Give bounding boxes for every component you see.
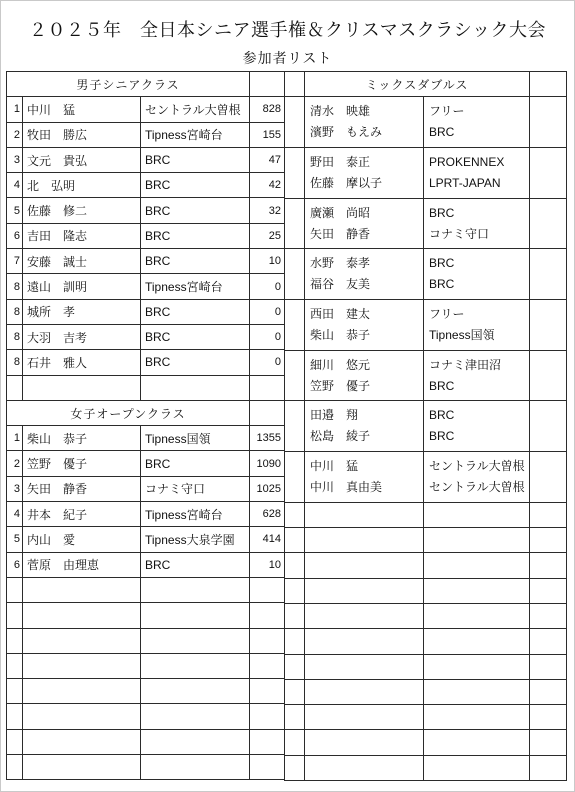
pair-club-line: BRC <box>424 253 529 274</box>
pair-names-cell <box>305 502 424 527</box>
rank-cell: 7 <box>7 249 23 274</box>
pair-name-line: 濱野 もえみ <box>305 122 423 143</box>
pair-clubs-cell <box>424 654 530 679</box>
rank-cell <box>7 577 23 602</box>
pair-gap-cell <box>285 401 305 452</box>
pair-clubs-cell: セントラル大曽根セントラル大曽根 <box>424 452 530 503</box>
club-cell <box>141 755 250 780</box>
pair-clubs-cell <box>424 755 530 780</box>
name-cell: 中川 猛 <box>23 97 141 122</box>
club-cell: BRC <box>141 324 250 349</box>
name-cell: 城所 孝 <box>23 299 141 324</box>
rank-cell: 4 <box>7 173 23 198</box>
pair-name-line: 松島 綾子 <box>305 426 423 447</box>
pair-gap-cell <box>285 249 305 300</box>
left-results-table: 男子シニアクラス 1中川 猛セントラル大曽根8282牧田 勝広Tipness宮崎… <box>6 71 285 780</box>
name-cell <box>23 577 141 602</box>
mixed-pair-row: 水野 泰孝福谷 友美BRCBRC <box>285 249 567 300</box>
spacer-row <box>7 375 285 400</box>
pair-names-cell <box>305 528 424 553</box>
points-cell: 25 <box>250 223 285 248</box>
rank-cell: 8 <box>7 350 23 375</box>
pair-names-cell <box>305 730 424 755</box>
club-cell: BRC <box>141 249 250 274</box>
empty-row <box>7 628 285 653</box>
pair-gap-cell <box>285 730 305 755</box>
pair-name-line: 矢田 静香 <box>305 224 423 245</box>
points-cell: 10 <box>250 249 285 274</box>
rank-cell: 6 <box>7 223 23 248</box>
empty-row <box>285 603 567 628</box>
points-cell: 32 <box>250 198 285 223</box>
pair-points-cell <box>530 578 567 603</box>
rank-cell <box>7 755 23 780</box>
pair-points-cell <box>530 452 567 503</box>
men-row: 8石井 雅人BRC0 <box>7 350 285 375</box>
pair-name-line: 田邉 翔 <box>305 405 423 426</box>
empty-row <box>285 578 567 603</box>
empty-row <box>285 730 567 755</box>
pair-clubs-cell <box>424 705 530 730</box>
points-cell: 0 <box>250 350 285 375</box>
name-cell <box>23 375 141 400</box>
club-cell: Tipness国領 <box>141 426 250 451</box>
name-cell: 石井 雅人 <box>23 350 141 375</box>
pair-gap-cell <box>285 300 305 351</box>
mixed-class-header: ミックスダブルス <box>305 72 530 97</box>
pair-name-line: 佐藤 摩以子 <box>305 173 423 194</box>
club-cell: BRC <box>141 198 250 223</box>
name-cell: 安藤 誠士 <box>23 249 141 274</box>
rank-cell <box>7 729 23 754</box>
pair-name-line: 中川 猛 <box>305 456 423 477</box>
club-cell: BRC <box>141 350 250 375</box>
pair-names-cell <box>305 553 424 578</box>
club-cell: BRC <box>141 173 250 198</box>
pair-gap-cell <box>285 578 305 603</box>
pair-names-cell <box>305 603 424 628</box>
pair-names-cell: 水野 泰孝福谷 友美 <box>305 249 424 300</box>
pair-gap-cell <box>285 603 305 628</box>
pair-gap-cell <box>285 528 305 553</box>
pair-club-line: セントラル大曽根 <box>424 477 529 498</box>
empty-row <box>7 755 285 780</box>
rank-cell: 8 <box>7 324 23 349</box>
pair-gap-cell <box>285 147 305 198</box>
mixed-header-row: ミックスダブルス <box>285 72 567 97</box>
pair-clubs-cell <box>424 730 530 755</box>
pair-names-cell: 田邉 翔松島 綾子 <box>305 401 424 452</box>
name-cell: 井本 紀子 <box>23 502 141 527</box>
pair-name-line: 野田 泰正 <box>305 152 423 173</box>
rank-cell: 1 <box>7 97 23 122</box>
pair-club-line: フリー <box>424 304 529 325</box>
name-cell: 文元 貴弘 <box>23 147 141 172</box>
women-row: 1柴山 恭子Tipness国領1355 <box>7 426 285 451</box>
pair-points-cell <box>530 502 567 527</box>
empty-row <box>285 553 567 578</box>
mixed-pair-row: 野田 泰正佐藤 摩以子PROKENNEXLPRT-JAPAN <box>285 147 567 198</box>
pair-names-cell: 中川 猛中川 真由美 <box>305 452 424 503</box>
club-cell: Tipness宮崎台 <box>141 502 250 527</box>
pair-clubs-cell <box>424 553 530 578</box>
pair-points-cell <box>530 603 567 628</box>
pair-club-line: BRC <box>424 122 529 143</box>
mixed-header-points-cell <box>530 72 567 97</box>
rank-cell: 4 <box>7 502 23 527</box>
pair-names-cell <box>305 629 424 654</box>
name-cell: 内山 愛 <box>23 527 141 552</box>
document-page: ２０２５年 全日本シニア選手権＆クリスマスクラシック大会 参加者リスト 男子シニ… <box>0 0 575 792</box>
men-row: 8城所 孝BRC0 <box>7 299 285 324</box>
club-cell: Tipness大泉学園 <box>141 527 250 552</box>
pair-name-line: 福谷 友美 <box>305 274 423 295</box>
pair-club-line: コナミ津田沼 <box>424 355 529 376</box>
points-cell <box>250 729 285 754</box>
rank-cell: 3 <box>7 147 23 172</box>
women-row: 3矢田 静香コナミ守口1025 <box>7 476 285 501</box>
club-cell: BRC <box>141 299 250 324</box>
men-row: 8遠山 訓明Tipness宮崎台0 <box>7 274 285 299</box>
club-cell <box>141 628 250 653</box>
pair-gap-cell <box>285 502 305 527</box>
name-cell <box>23 679 141 704</box>
pair-names-cell <box>305 755 424 780</box>
rank-cell <box>7 653 23 678</box>
club-cell: BRC <box>141 223 250 248</box>
pair-gap-cell <box>285 452 305 503</box>
page-subtitle: 参加者リスト <box>1 48 574 68</box>
pair-name-line: 廣瀬 尚昭 <box>305 203 423 224</box>
pair-club-line: LPRT-JAPAN <box>424 173 529 194</box>
left-table-body: 男子シニアクラス 1中川 猛セントラル大曽根8282牧田 勝広Tipness宮崎… <box>7 72 285 780</box>
points-cell: 10 <box>250 552 285 577</box>
points-cell: 0 <box>250 299 285 324</box>
pair-club-line: BRC <box>424 426 529 447</box>
men-row: 3文元 貴弘BRC47 <box>7 147 285 172</box>
points-cell: 1025 <box>250 476 285 501</box>
page-title: ２０２５年 全日本シニア選手権＆クリスマスクラシック大会 <box>1 16 574 42</box>
pair-names-cell: 野田 泰正佐藤 摩以子 <box>305 147 424 198</box>
pair-gap-cell <box>285 553 305 578</box>
pair-clubs-cell: BRCBRC <box>424 249 530 300</box>
pair-clubs-cell <box>424 528 530 553</box>
pair-gap-cell <box>285 679 305 704</box>
pair-points-cell <box>530 528 567 553</box>
club-cell <box>141 704 250 729</box>
points-cell: 47 <box>250 147 285 172</box>
pair-gap-cell <box>285 97 305 148</box>
empty-row <box>7 603 285 628</box>
mixed-header-gap-cell <box>285 72 305 97</box>
pair-points-cell <box>530 629 567 654</box>
women-row: 6菅原 由理恵BRC10 <box>7 552 285 577</box>
rank-cell: 5 <box>7 198 23 223</box>
name-cell <box>23 755 141 780</box>
club-cell: BRC <box>141 552 250 577</box>
points-cell <box>250 375 285 400</box>
empty-row <box>285 705 567 730</box>
empty-row <box>285 755 567 780</box>
pair-name-line: 笠野 優子 <box>305 376 423 397</box>
women-header-row: 女子オープンクラス <box>7 400 285 425</box>
men-row: 8大羽 吉考BRC0 <box>7 324 285 349</box>
points-cell <box>250 653 285 678</box>
pair-club-line: PROKENNEX <box>424 152 529 173</box>
pair-names-cell: 廣瀬 尚昭矢田 静香 <box>305 198 424 249</box>
rank-cell <box>7 375 23 400</box>
mixed-pair-row: 清水 映雄濱野 もえみフリーBRC <box>285 97 567 148</box>
name-cell <box>23 729 141 754</box>
pair-gap-cell <box>285 705 305 730</box>
pair-clubs-cell <box>424 603 530 628</box>
pair-points-cell <box>530 350 567 401</box>
rank-cell: 8 <box>7 299 23 324</box>
points-cell <box>250 679 285 704</box>
pair-points-cell <box>530 249 567 300</box>
rank-cell: 8 <box>7 274 23 299</box>
pair-club-line: BRC <box>424 203 529 224</box>
pair-club-line: Tipness国領 <box>424 325 529 346</box>
pair-names-cell <box>305 705 424 730</box>
pair-clubs-cell <box>424 629 530 654</box>
pair-clubs-cell: BRCコナミ守口 <box>424 198 530 249</box>
name-cell: 佐藤 修二 <box>23 198 141 223</box>
name-cell: 北 弘明 <box>23 173 141 198</box>
pair-gap-cell <box>285 350 305 401</box>
points-cell: 1355 <box>250 426 285 451</box>
club-cell: Tipness宮崎台 <box>141 274 250 299</box>
club-cell: セントラル大曽根 <box>141 97 250 122</box>
empty-row <box>7 729 285 754</box>
rank-cell <box>7 679 23 704</box>
points-cell: 1090 <box>250 451 285 476</box>
pair-clubs-cell: フリーTipness国領 <box>424 300 530 351</box>
empty-row <box>285 679 567 704</box>
rank-cell: 6 <box>7 552 23 577</box>
empty-row <box>7 679 285 704</box>
men-row: 2牧田 勝広Tipness宮崎台155 <box>7 122 285 147</box>
mixed-pair-row: 田邉 翔松島 綾子BRCBRC <box>285 401 567 452</box>
points-cell <box>250 628 285 653</box>
men-row: 1中川 猛セントラル大曽根828 <box>7 97 285 122</box>
club-cell <box>141 375 250 400</box>
rank-cell <box>7 603 23 628</box>
mixed-pair-row: 中川 猛中川 真由美セントラル大曽根セントラル大曽根 <box>285 452 567 503</box>
rank-cell <box>7 704 23 729</box>
club-cell: Tipness宮崎台 <box>141 122 250 147</box>
pair-name-line: 清水 映雄 <box>305 101 423 122</box>
points-cell: 414 <box>250 527 285 552</box>
pair-gap-cell <box>285 755 305 780</box>
name-cell <box>23 628 141 653</box>
name-cell: 菅原 由理恵 <box>23 552 141 577</box>
pair-points-cell <box>530 654 567 679</box>
men-header-row: 男子シニアクラス <box>7 72 285 97</box>
name-cell: 牧田 勝広 <box>23 122 141 147</box>
men-class-header: 男子シニアクラス <box>7 72 250 97</box>
men-row: 5佐藤 修二BRC32 <box>7 198 285 223</box>
club-cell <box>141 679 250 704</box>
pair-points-cell <box>530 755 567 780</box>
men-row: 4北 弘明BRC42 <box>7 173 285 198</box>
empty-row <box>285 502 567 527</box>
empty-row <box>7 653 285 678</box>
club-cell: コナミ守口 <box>141 476 250 501</box>
women-row: 5内山 愛Tipness大泉学園414 <box>7 527 285 552</box>
pair-gap-cell <box>285 198 305 249</box>
pair-names-cell: 西田 建太柴山 恭子 <box>305 300 424 351</box>
points-cell: 0 <box>250 324 285 349</box>
pair-names-cell: 清水 映雄濱野 もえみ <box>305 97 424 148</box>
pair-clubs-cell: PROKENNEXLPRT-JAPAN <box>424 147 530 198</box>
pair-names-cell <box>305 679 424 704</box>
mixed-pair-row: 廣瀬 尚昭矢田 静香BRCコナミ守口 <box>285 198 567 249</box>
pair-club-line: BRC <box>424 405 529 426</box>
points-cell: 0 <box>250 274 285 299</box>
pair-club-line: セントラル大曽根 <box>424 456 529 477</box>
pair-name-line: 水野 泰孝 <box>305 253 423 274</box>
rank-cell: 2 <box>7 451 23 476</box>
mixed-table-body: ミックスダブルス 清水 映雄濱野 もえみフリーBRC野田 泰正佐藤 摩以子PRO… <box>285 72 567 781</box>
pair-clubs-cell: フリーBRC <box>424 97 530 148</box>
name-cell <box>23 603 141 628</box>
pair-points-cell <box>530 679 567 704</box>
points-cell <box>250 755 285 780</box>
name-cell: 遠山 訓明 <box>23 274 141 299</box>
pair-names-cell <box>305 578 424 603</box>
pair-names-cell: 細川 悠元笠野 優子 <box>305 350 424 401</box>
points-cell <box>250 603 285 628</box>
men-row: 6吉田 隆志BRC25 <box>7 223 285 248</box>
name-cell: 矢田 静香 <box>23 476 141 501</box>
pair-name-line: 西田 建太 <box>305 304 423 325</box>
pair-clubs-cell <box>424 578 530 603</box>
men-row: 7安藤 誠士BRC10 <box>7 249 285 274</box>
rank-cell: 3 <box>7 476 23 501</box>
women-row: 2笠野 優子BRC1090 <box>7 451 285 476</box>
pair-points-cell <box>530 198 567 249</box>
points-cell: 828 <box>250 97 285 122</box>
pair-clubs-cell: BRCBRC <box>424 401 530 452</box>
pair-clubs-cell <box>424 502 530 527</box>
name-cell: 笠野 優子 <box>23 451 141 476</box>
pair-points-cell <box>530 147 567 198</box>
pair-points-cell <box>530 553 567 578</box>
women-class-header: 女子オープンクラス <box>7 400 250 425</box>
points-cell <box>250 704 285 729</box>
points-cell: 628 <box>250 502 285 527</box>
pair-names-cell <box>305 654 424 679</box>
women-row: 4井本 紀子Tipness宮崎台628 <box>7 502 285 527</box>
empty-row <box>285 528 567 553</box>
club-cell: BRC <box>141 451 250 476</box>
pair-club-line: BRC <box>424 274 529 295</box>
points-cell <box>250 577 285 602</box>
men-header-points-cell <box>250 72 285 97</box>
empty-row <box>285 654 567 679</box>
club-cell <box>141 729 250 754</box>
empty-row <box>7 704 285 729</box>
pair-clubs-cell: コナミ津田沼BRC <box>424 350 530 401</box>
pair-name-line: 柴山 恭子 <box>305 325 423 346</box>
name-cell <box>23 704 141 729</box>
rank-cell: 1 <box>7 426 23 451</box>
name-cell <box>23 653 141 678</box>
name-cell: 柴山 恭子 <box>23 426 141 451</box>
mixed-pair-row: 細川 悠元笠野 優子コナミ津田沼BRC <box>285 350 567 401</box>
pair-clubs-cell <box>424 679 530 704</box>
mixed-doubles-table: ミックスダブルス 清水 映雄濱野 もえみフリーBRC野田 泰正佐藤 摩以子PRO… <box>284 71 567 781</box>
name-cell: 大羽 吉考 <box>23 324 141 349</box>
pair-club-line: コナミ守口 <box>424 224 529 245</box>
mixed-pair-row: 西田 建太柴山 恭子フリーTipness国領 <box>285 300 567 351</box>
pair-points-cell <box>530 401 567 452</box>
points-cell: 155 <box>250 122 285 147</box>
club-cell <box>141 603 250 628</box>
rank-cell <box>7 628 23 653</box>
empty-row <box>7 577 285 602</box>
pair-name-line: 細川 悠元 <box>305 355 423 376</box>
pair-points-cell <box>530 300 567 351</box>
club-cell <box>141 653 250 678</box>
pair-points-cell <box>530 705 567 730</box>
pair-name-line: 中川 真由美 <box>305 477 423 498</box>
rank-cell: 2 <box>7 122 23 147</box>
club-cell <box>141 577 250 602</box>
rank-cell: 5 <box>7 527 23 552</box>
pair-points-cell <box>530 97 567 148</box>
club-cell: BRC <box>141 147 250 172</box>
pair-club-line: フリー <box>424 101 529 122</box>
empty-row <box>285 629 567 654</box>
pair-points-cell <box>530 730 567 755</box>
points-cell: 42 <box>250 173 285 198</box>
pair-gap-cell <box>285 654 305 679</box>
name-cell: 吉田 隆志 <box>23 223 141 248</box>
pair-gap-cell <box>285 629 305 654</box>
women-header-points-cell <box>250 400 285 425</box>
pair-club-line: BRC <box>424 376 529 397</box>
